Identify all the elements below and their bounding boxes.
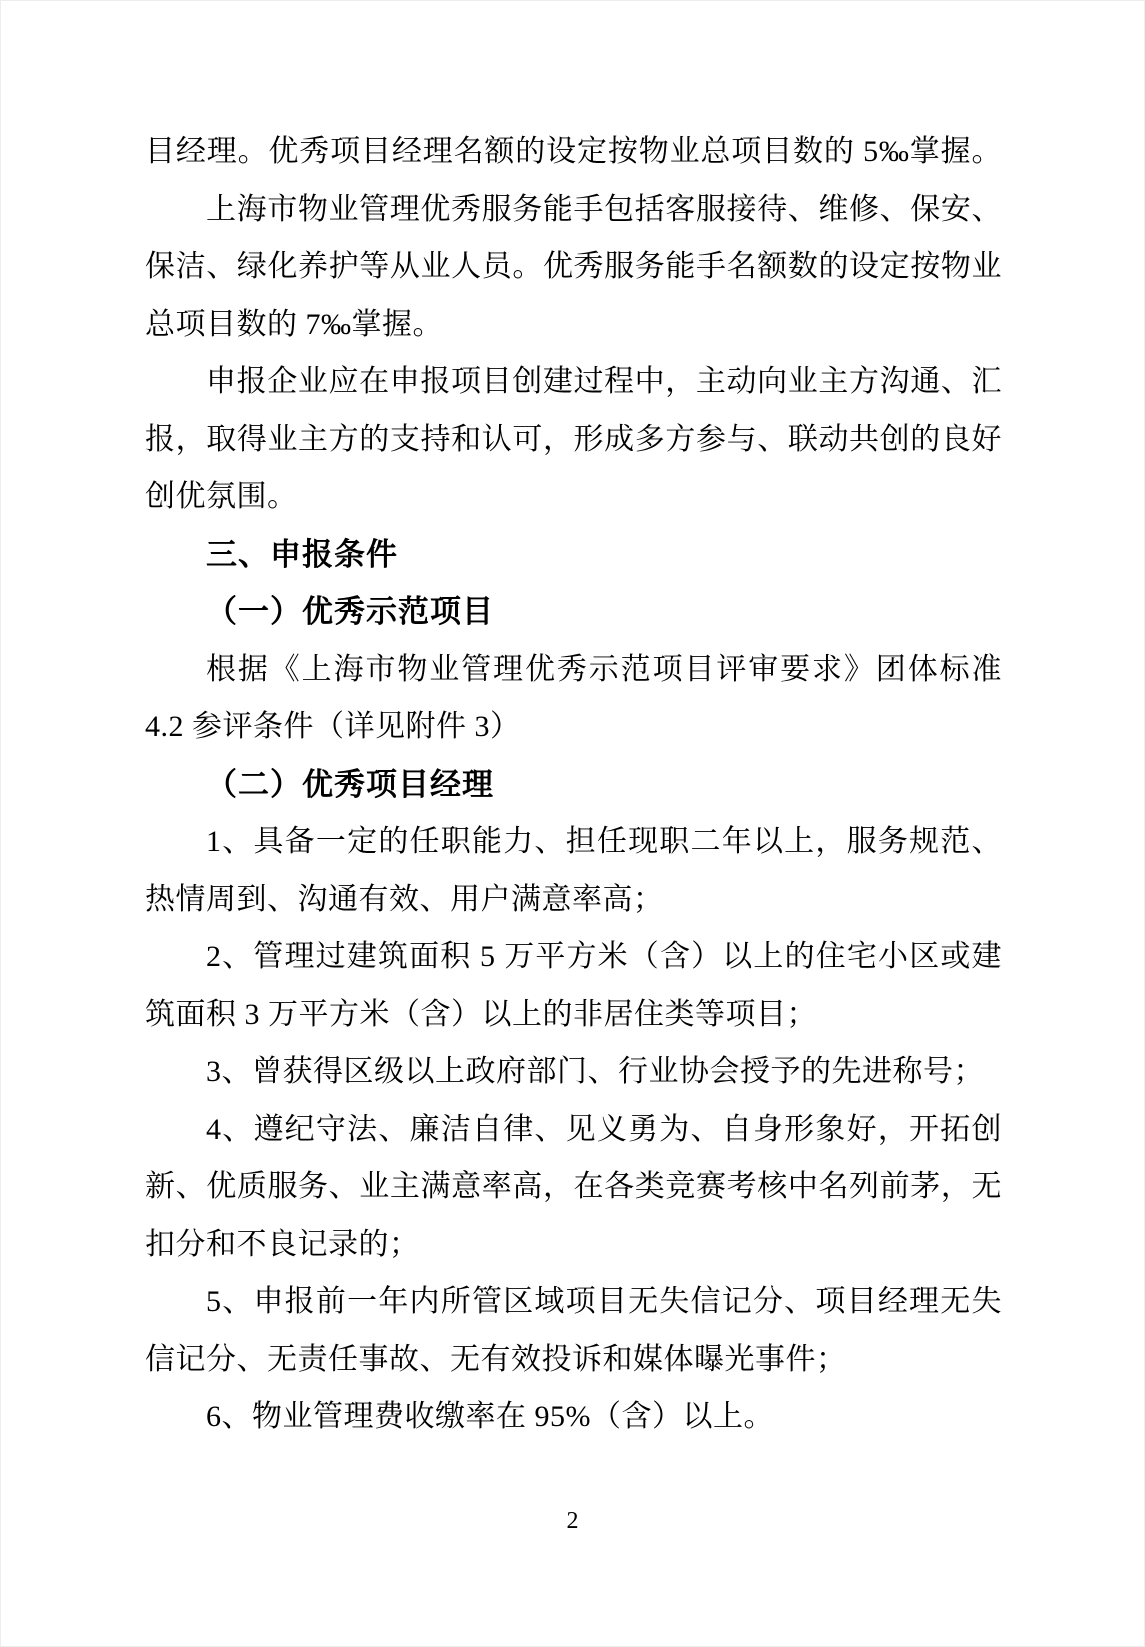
text-line: 新、优质服务、业主满意率高，在各类竞赛考核中名列前茅，无 xyxy=(145,1158,1002,1216)
subsection-heading: （一）优秀示范项目 xyxy=(145,583,1002,641)
text-line: 4、遵纪守法、廉洁自律、见义勇为、自身形象好，开拓创 xyxy=(145,1101,1002,1159)
text-line: 6、物业管理费收缴率在 95%（含）以上。 xyxy=(145,1388,1002,1446)
text-line: 目经理。优秀项目经理名额的设定按物业总项目数的 5‰掌握。 xyxy=(145,123,1002,181)
text-line: 扣分和不良记录的； xyxy=(145,1216,1002,1274)
text-line: 根据《上海市物业管理优秀示范项目评审要求》团体标准 xyxy=(145,641,1002,699)
text-line: 筑面积 3 万平方米（含）以上的非居住类等项目； xyxy=(145,986,1002,1044)
subsection-heading: （二）优秀项目经理 xyxy=(145,756,1002,814)
page-number: 2 xyxy=(0,1505,1145,1537)
text-line: 2、管理过建筑面积 5 万平方米（含）以上的住宅小区或建 xyxy=(145,928,1002,986)
text-line: 保洁、绿化养护等从业人员。优秀服务能手名额数的设定按物业 xyxy=(145,238,1002,296)
text-line: 报，取得业主方的支持和认可，形成多方参与、联动共创的良好 xyxy=(145,411,1002,469)
text-line: 1、具备一定的任职能力、担任现职二年以上，服务规范、 xyxy=(145,813,1002,871)
text-line: 热情周到、沟通有效、用户满意率高； xyxy=(145,871,1002,929)
document-page: 目经理。优秀项目经理名额的设定按物业总项目数的 5‰掌握。上海市物业管理优秀服务… xyxy=(0,0,1145,1647)
document-body: 目经理。优秀项目经理名额的设定按物业总项目数的 5‰掌握。上海市物业管理优秀服务… xyxy=(145,123,1002,1446)
text-line: 创优氛围。 xyxy=(145,468,1002,526)
text-line: 4.2 参评条件（详见附件 3） xyxy=(145,698,1002,756)
text-line: 信记分、无责任事故、无有效投诉和媒体曝光事件； xyxy=(145,1331,1002,1389)
text-line: 5、申报前一年内所管区域项目无失信记分、项目经理无失 xyxy=(145,1273,1002,1331)
text-line: 上海市物业管理优秀服务能手包括客服接待、维修、保安、 xyxy=(145,181,1002,239)
text-line: 3、曾获得区级以上政府部门、行业协会授予的先进称号； xyxy=(145,1043,1002,1101)
section-heading: 三、申报条件 xyxy=(145,526,1002,584)
text-line: 总项目数的 7‰掌握。 xyxy=(145,296,1002,354)
text-line: 申报企业应在申报项目创建过程中，主动向业主方沟通、汇 xyxy=(145,353,1002,411)
